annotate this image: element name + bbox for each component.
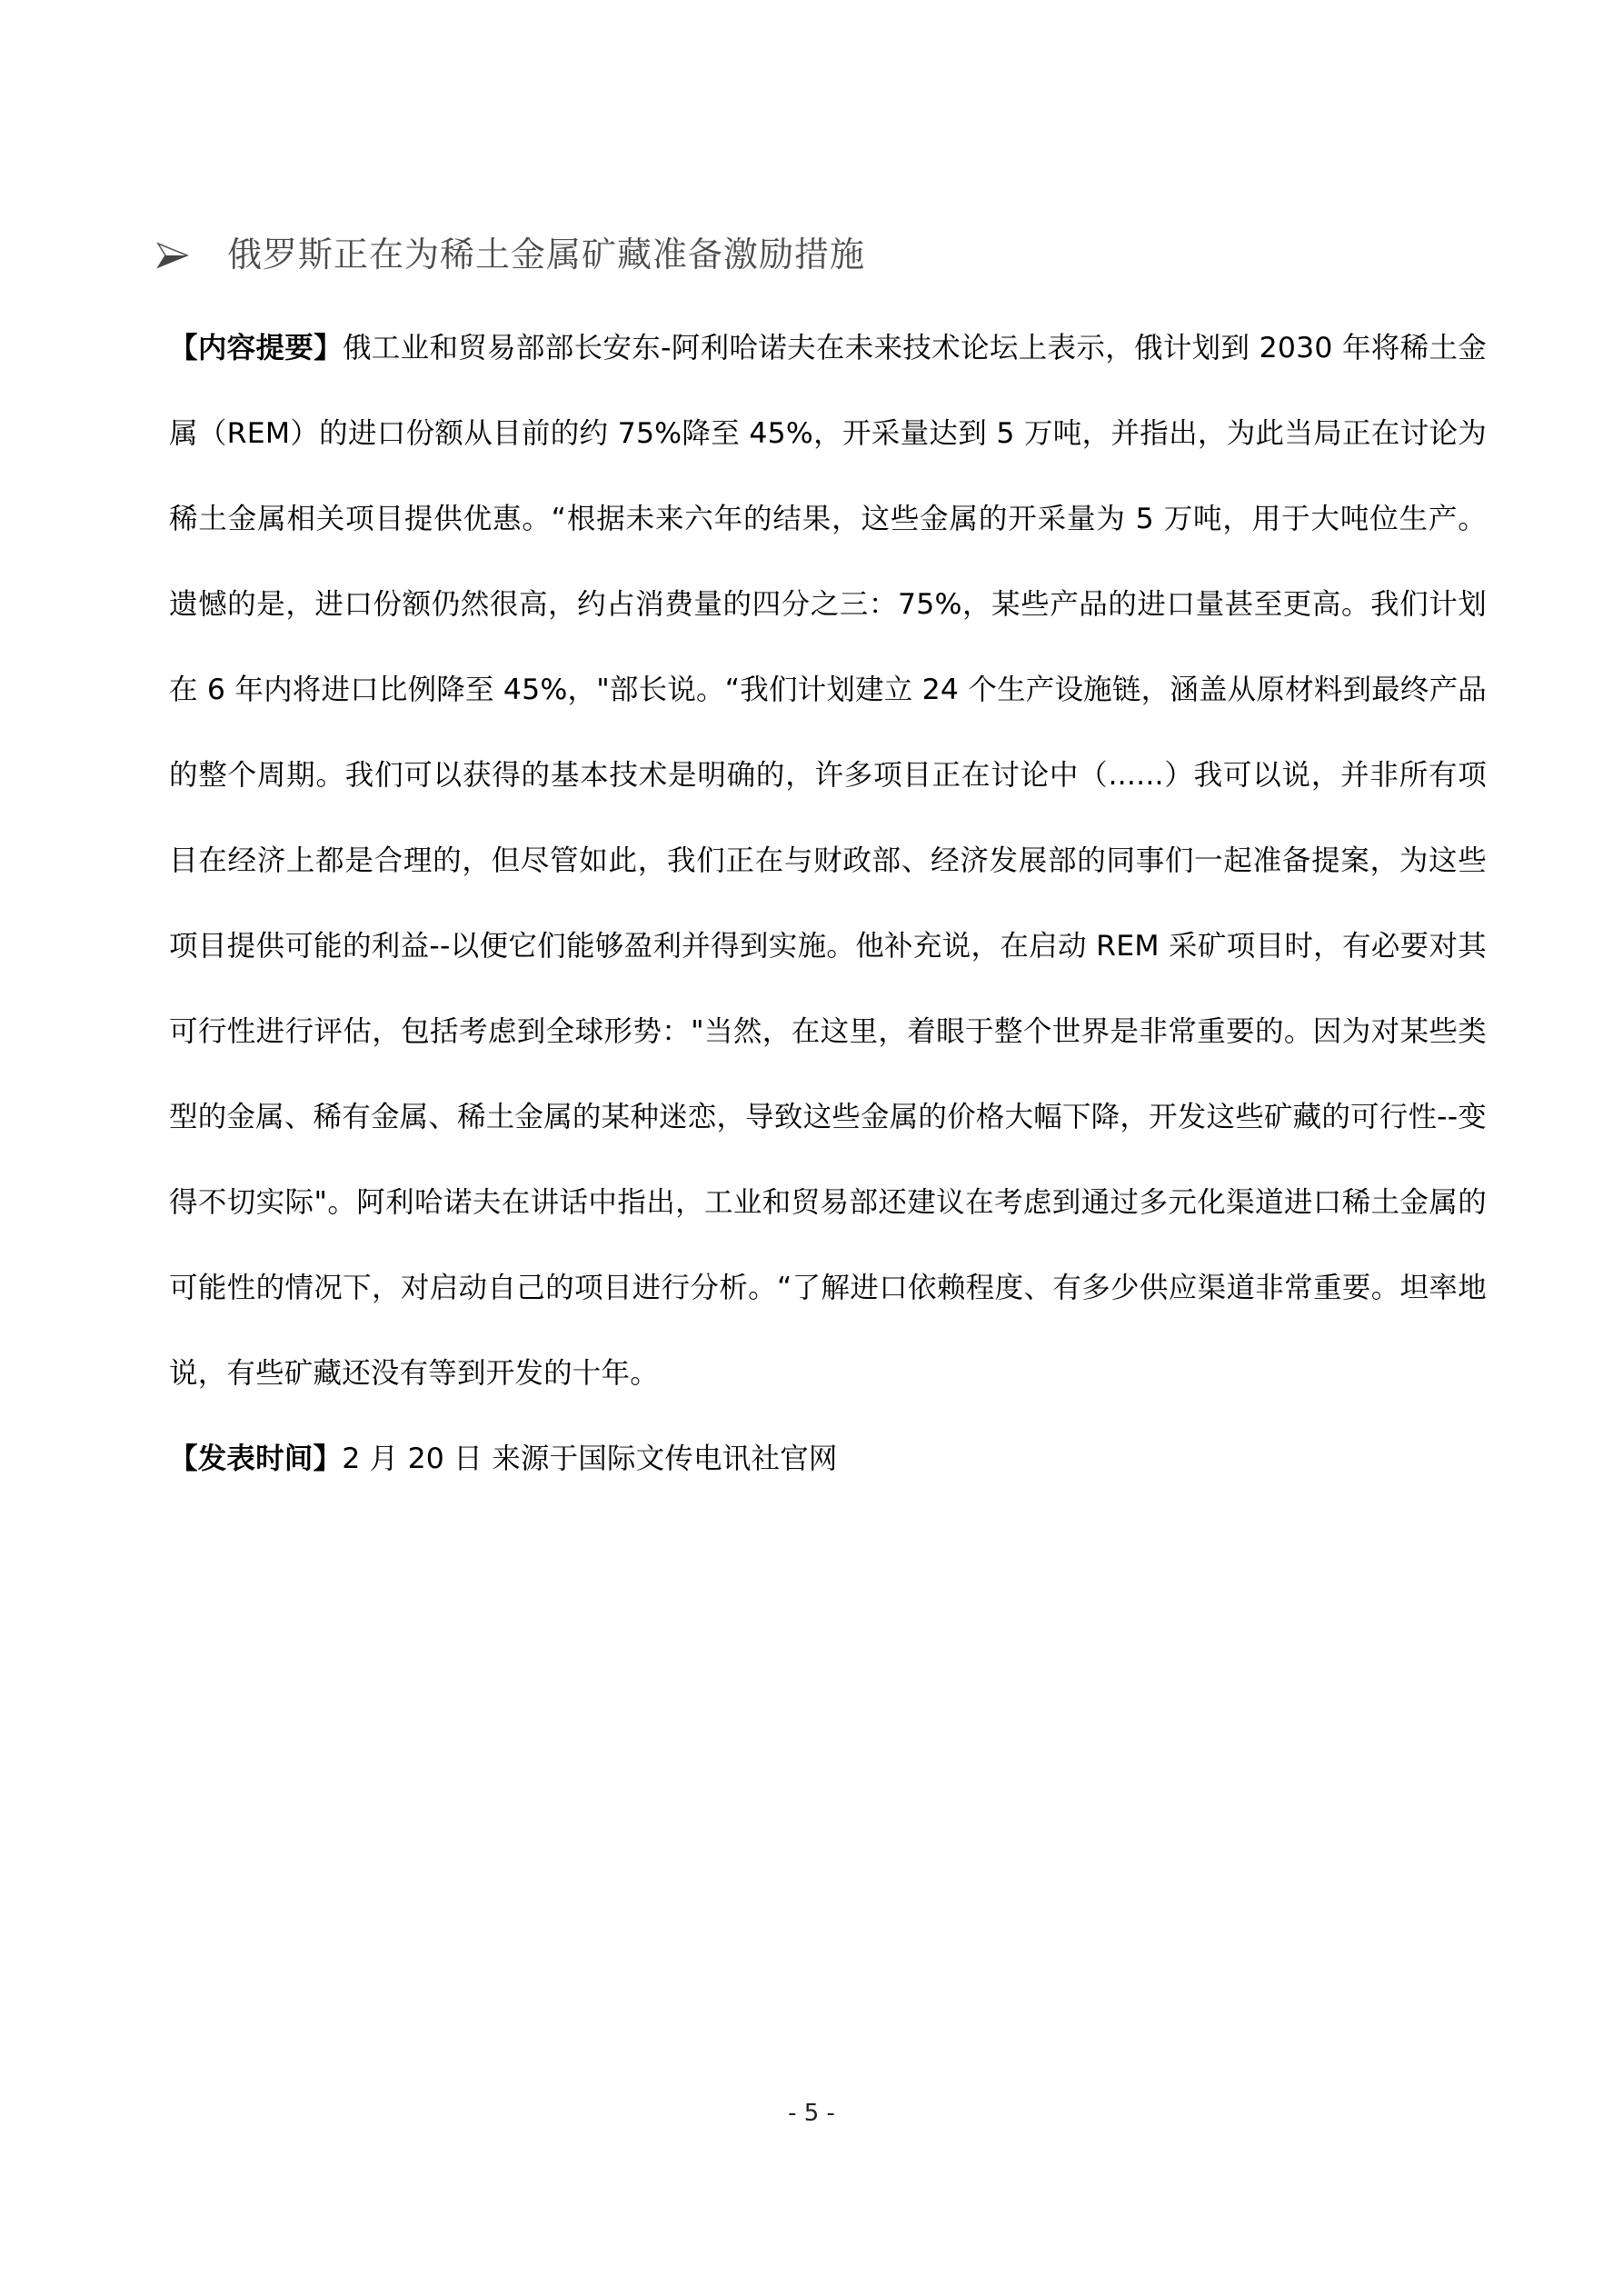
arrowhead-bullet-icon <box>156 237 189 265</box>
page-number: - 5 - <box>0 2100 1623 2127</box>
section-heading: 俄罗斯正在为稀土金属矿藏准备激励措施 <box>156 224 865 278</box>
summary-label: 【内容提要】 <box>169 332 343 364</box>
article-body: 【内容提要】俄工业和贸易部部长安东-阿利哈诺夫在未来技术论坛上表示，俄计划到 2… <box>169 305 1487 1502</box>
summary-paragraph: 【内容提要】俄工业和贸易部部长安东-阿利哈诺夫在未来技术论坛上表示，俄计划到 2… <box>169 305 1487 1416</box>
publication-date: 2 月 20 日 <box>342 1442 483 1475</box>
publication-info: 【发表时间】2 月 20 日 来源于国际文传电讯社官网 <box>169 1416 1487 1502</box>
publication-source: 来源于国际文传电讯社官网 <box>492 1442 837 1475</box>
publication-label: 【发表时间】 <box>169 1442 342 1475</box>
section-title: 俄罗斯正在为稀土金属矿藏准备激励措施 <box>227 226 865 276</box>
document-page: 俄罗斯正在为稀土金属矿藏准备激励措施 【内容提要】俄工业和贸易部部长安东-阿利哈… <box>0 0 1623 2296</box>
summary-text: 俄工业和贸易部部长安东-阿利哈诺夫在未来技术论坛上表示，俄计划到 2030 年将… <box>169 332 1487 1390</box>
